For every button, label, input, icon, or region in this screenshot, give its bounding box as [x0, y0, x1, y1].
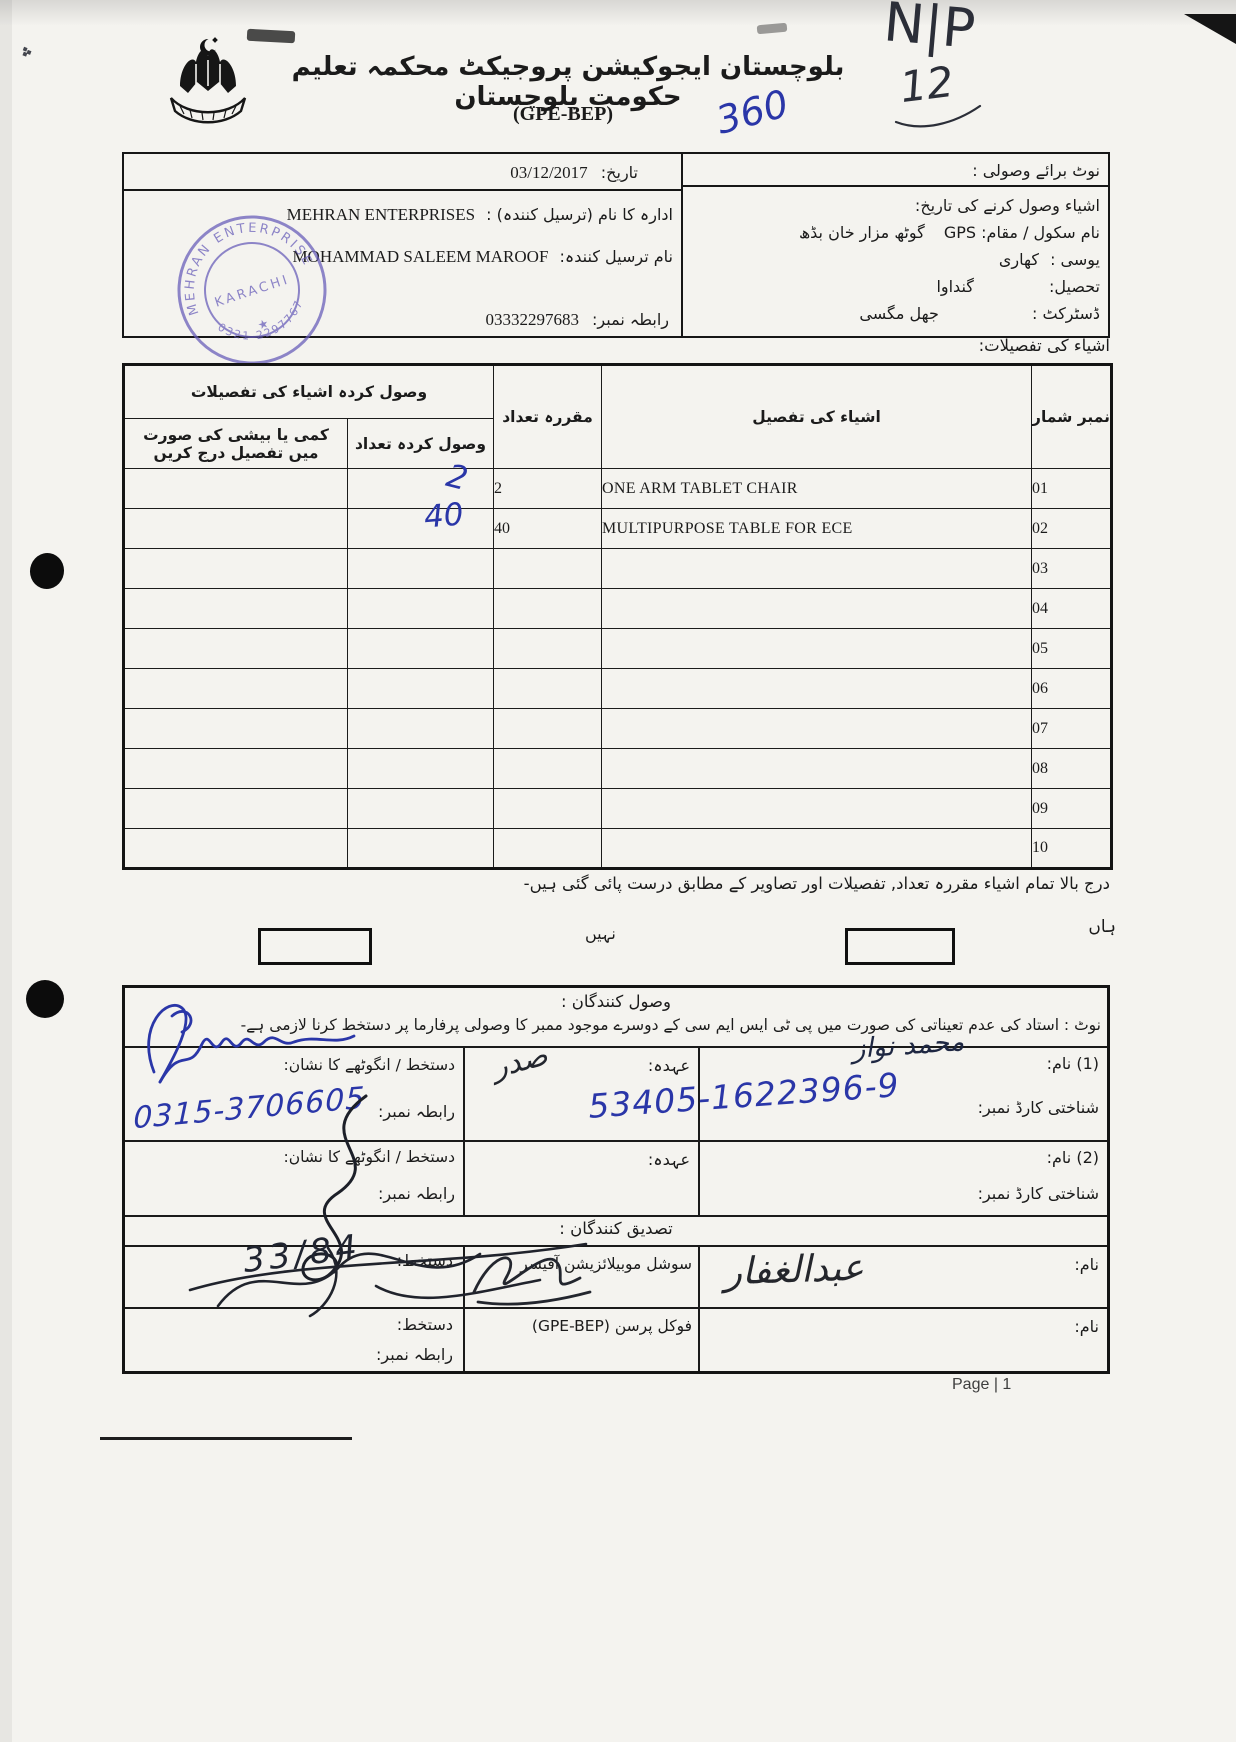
cell-serial: 09	[1032, 789, 1112, 829]
scanned-form-page: ؞ بلوچستان ایجوکیشن پروجیکٹ محکمہ تعلیم …	[0, 0, 1236, 1742]
handwritten-np-annotation: N|P	[881, 0, 977, 61]
cell-fixed-qty	[494, 589, 602, 629]
cell-received-qty	[348, 669, 494, 709]
cell-received-qty	[348, 549, 494, 589]
verifier1-name-label: نام:	[1074, 1255, 1099, 1274]
uc-label: یوسی :	[1050, 250, 1100, 269]
cell-received-qty	[348, 469, 494, 509]
items-section-label: اشیاء کی تفصیلات:	[979, 336, 1110, 355]
cell-received-qty	[348, 789, 494, 829]
receiver2-name-cell: (2) نام: شناختی کارڈ نمبر:	[698, 1142, 1107, 1215]
info-table: تاریخ: 03/12/2017 ادارہ کا نام (ترسیل کن…	[122, 152, 1110, 338]
cell-variance	[124, 749, 348, 789]
cell-serial: 05	[1032, 629, 1112, 669]
cell-variance	[124, 669, 348, 709]
receiver1-cnic-label: شناختی کارڈ نمبر:	[978, 1098, 1099, 1117]
cell-serial: 10	[1032, 829, 1112, 869]
cell-received-qty	[348, 829, 494, 869]
no-label: نہیں	[585, 924, 616, 943]
sender-name-value: MOHAMMAD SALEEM MAROOF	[292, 247, 548, 266]
cell-received-qty	[348, 509, 494, 549]
items-row: 01ONE ARM TABLET CHAIR2	[124, 469, 1112, 509]
verifier2-contact-label: رابطہ نمبر:	[376, 1345, 453, 1364]
cell-detail	[602, 709, 1032, 749]
items-table: نمبر شمار اشیاء کی تفصیل مقررہ تعداد وصو…	[122, 363, 1113, 870]
verifier2-name-cell: نام:	[698, 1309, 1107, 1371]
date-value: 03/12/2017	[510, 163, 587, 182]
cell-fixed-qty	[494, 709, 602, 749]
receiver2-name-label: (2) نام:	[1047, 1148, 1099, 1167]
cell-variance	[124, 549, 348, 589]
cell-serial: 04	[1032, 589, 1112, 629]
cell-serial: 01	[1032, 469, 1112, 509]
cell-fixed-qty	[494, 629, 602, 669]
school-row: نام سکول / مقام: GPS گوٹھ مزار خان بڈھ	[683, 219, 1100, 246]
scan-corner-mark	[1184, 14, 1236, 44]
cell-detail	[602, 589, 1032, 629]
cell-fixed-qty: 40	[494, 509, 602, 549]
tehsil-label: تحصیل:	[1049, 277, 1100, 296]
cell-fixed-qty	[494, 829, 602, 869]
cell-variance	[124, 509, 348, 549]
col-detail-header: اشیاء کی تفصیل	[602, 365, 1032, 469]
cell-variance	[124, 629, 348, 669]
footer-line	[100, 1437, 352, 1440]
pen-underline-swoosh	[892, 104, 984, 130]
org-name-label: ادارہ کا نام (ترسیل کنندہ) :	[486, 205, 673, 224]
cell-variance	[124, 789, 348, 829]
items-row: 03	[124, 549, 1112, 589]
uc-value: کھاری	[999, 250, 1039, 269]
receipt-details: اشیاء وصول کرنے کی تاریخ: نام سکول / مقا…	[683, 187, 1108, 327]
handwritten-received-qty-2: 40	[423, 496, 465, 535]
sender-info-pane: تاریخ: 03/12/2017 ادارہ کا نام (ترسیل کن…	[124, 154, 683, 336]
yes-checkbox	[845, 928, 955, 965]
cell-detail	[602, 789, 1032, 829]
verifier1-name-handwritten: عبدالغفار	[723, 1246, 864, 1294]
items-row: 07	[124, 709, 1112, 749]
receiver1-signature	[128, 986, 358, 1094]
receive-date-row: اشیاء وصول کرنے کی تاریخ:	[683, 192, 1100, 219]
school-label: نام سکول / مقام: GPS	[944, 223, 1100, 242]
receiver2-cnic-label: شناختی کارڈ نمبر:	[978, 1184, 1099, 1203]
govt-emblem-logo	[158, 34, 258, 134]
receiver2-designation-label: عہدہ:	[648, 1150, 690, 1169]
cell-fixed-qty	[494, 789, 602, 829]
scan-edge-shade	[0, 0, 12, 1742]
verifier2-name-label: نام:	[1074, 1317, 1099, 1336]
scan-shade	[0, 0, 1236, 26]
org-name-value: MEHRAN ENTERPRISES	[287, 205, 475, 224]
tehsil-value: گنداوا	[936, 277, 973, 296]
sender-name-label: نام ترسیل کنندہ:	[560, 247, 673, 266]
cell-detail	[602, 829, 1032, 869]
cell-received-qty	[348, 749, 494, 789]
school-value: گوٹھ مزار خان بڈھ	[799, 223, 925, 242]
confirmation-statement: درج بالا تمام اشیاء مقررہ تعداد, تفصیلات…	[524, 874, 1110, 893]
date-label: تاریخ:	[601, 163, 638, 182]
cell-fixed-qty: 2	[494, 469, 602, 509]
no-checkbox	[258, 928, 372, 965]
cell-serial: 03	[1032, 549, 1112, 589]
cell-fixed-qty	[494, 549, 602, 589]
col-serial-header: نمبر شمار	[1032, 365, 1112, 469]
smo-signature	[458, 1240, 603, 1312]
cell-variance	[124, 709, 348, 749]
cell-detail: ONE ARM TABLET CHAIR	[602, 469, 1032, 509]
contact-number-label: رابطہ نمبر:	[592, 310, 669, 329]
items-row: 06	[124, 669, 1112, 709]
cell-serial: 07	[1032, 709, 1112, 749]
items-row: 08	[124, 749, 1112, 789]
items-row: 10	[124, 829, 1112, 869]
stamp-center-text: KARACHI	[213, 272, 292, 310]
district-row: ڈسٹرکٹ : جھل مگسی	[683, 300, 1100, 327]
cell-detail: MULTIPURPOSE TABLE FOR ECE	[602, 509, 1032, 549]
cell-detail	[602, 629, 1032, 669]
cell-fixed-qty	[494, 749, 602, 789]
district-label: ڈسٹرکٹ :	[1032, 304, 1100, 323]
col-variance-header: کمی یا بیشی کی صورت میں تفصیل درج کریں	[124, 419, 348, 469]
sender-contact-row: رابطہ نمبر: 03332297683	[485, 310, 669, 330]
items-row: 04	[124, 589, 1112, 629]
cell-variance	[124, 589, 348, 629]
col-received-group-header: وصول کردہ اشیاء کی تفصیلات	[124, 365, 494, 419]
hole-punch-mark	[26, 980, 64, 1018]
page-number: Page | 1	[952, 1376, 1011, 1394]
contact-number-value: 03332297683	[485, 310, 579, 329]
items-row: 05	[124, 629, 1112, 669]
cell-serial: 02	[1032, 509, 1112, 549]
cell-fixed-qty	[494, 669, 602, 709]
items-row: 09	[124, 789, 1112, 829]
cell-detail	[602, 549, 1032, 589]
receivers-note: نوٹ : استاد کی عدم تعیناتی کی صورت میں پ…	[241, 1016, 1101, 1034]
receiver2-designation-cell: عہدہ:	[463, 1142, 698, 1215]
receiver1-designation-label: عہدہ:	[648, 1056, 690, 1075]
tehsil-row: تحصیل: گنداوا	[683, 273, 1100, 300]
scan-mark	[757, 23, 788, 35]
cell-received-qty	[348, 589, 494, 629]
note-for-receipt-label: نوٹ برائے وصولی :	[972, 161, 1100, 180]
pen-smudge: ؞	[17, 42, 41, 73]
cell-variance	[124, 829, 348, 869]
district-value: جھل مگسی	[859, 304, 938, 323]
yes-label: ہاں	[1088, 916, 1116, 937]
receive-date-label: اشیاء وصول کرنے کی تاریخ:	[915, 196, 1100, 215]
uc-row: یوسی : کھاری	[683, 246, 1100, 273]
items-header-row-1: نمبر شمار اشیاء کی تفصیل مقررہ تعداد وصو…	[124, 365, 1112, 419]
hole-punch-mark	[27, 550, 67, 591]
cell-serial: 08	[1032, 749, 1112, 789]
cell-variance	[124, 469, 348, 509]
gpe-bep-subtitle: (GPE-BEP)	[478, 103, 648, 126]
cell-received-qty	[348, 629, 494, 669]
cell-detail	[602, 669, 1032, 709]
note-for-receipt-row: نوٹ برائے وصولی :	[683, 154, 1108, 187]
cell-detail	[602, 749, 1032, 789]
receiver1-name-label: (1) نام:	[1047, 1054, 1099, 1073]
date-row: تاریخ: 03/12/2017	[124, 154, 683, 191]
cell-received-qty	[348, 709, 494, 749]
cell-serial: 06	[1032, 669, 1112, 709]
items-row: 02MULTIPURPOSE TABLE FOR ECE40	[124, 509, 1112, 549]
receipt-info-pane: نوٹ برائے وصولی : اشیاء وصول کرنے کی تار…	[681, 154, 1108, 336]
col-fixed-qty-header: مقررہ تعداد	[494, 365, 602, 469]
